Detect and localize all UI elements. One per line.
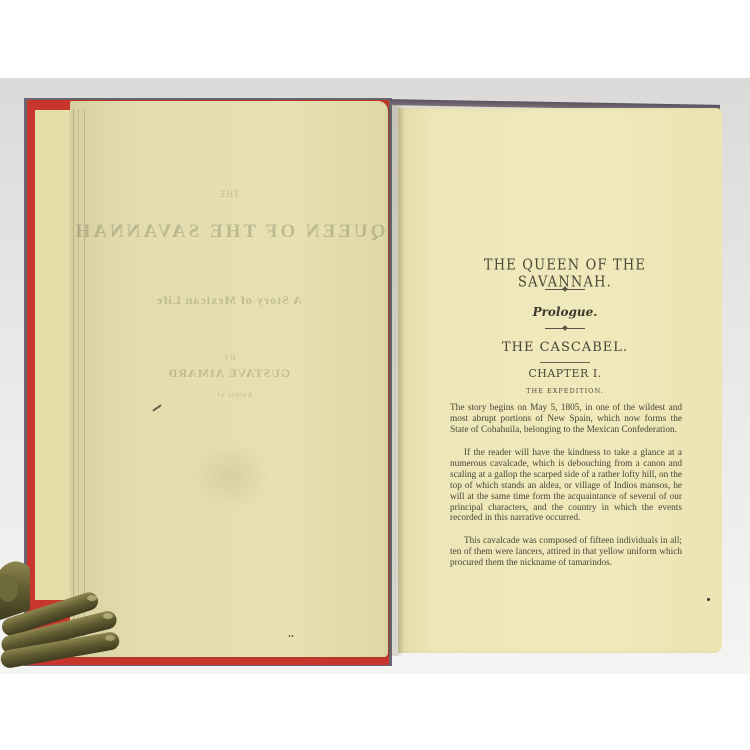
bleed-through-subtitle: A Story of Mexican Life [70,293,388,308]
part-title: THE CASCABEL. [450,340,680,355]
chapter-subtitle: THE EXPEDITION. [450,387,680,395]
brass-page-clip-icon [0,550,125,675]
chapter-heading: CHAPTER I. [450,367,680,380]
pencil-mark [152,404,161,411]
rule-divider [540,362,590,363]
paragraph: If the reader will have the kindness to … [450,448,682,524]
ornament-divider [545,328,585,329]
right-page: THE QUEEN OF THE SAVANNAH. Prologue. THE… [398,108,722,653]
bleed-through-line: Author of ... [70,391,388,399]
bleed-through-line: THE [70,189,388,199]
bleed-through-author: GUSTAVE AIMARD [70,366,388,381]
paragraph: The story begins on May 5, 1805, in one … [450,403,682,436]
endpaper [35,110,73,600]
paper-speck [707,598,710,601]
bleed-through-line: BY [70,353,388,362]
ornament-divider [545,289,585,290]
section-label: Prologue. [450,305,680,319]
gutter-shadow [384,104,404,656]
bleed-through-title: QUEEN OF THE SAVANNAH [70,221,388,243]
bleed-through-emblem [190,441,270,511]
paper-specks [288,635,294,637]
paragraph: This cavalcade was composed of fifteen i… [450,536,682,569]
